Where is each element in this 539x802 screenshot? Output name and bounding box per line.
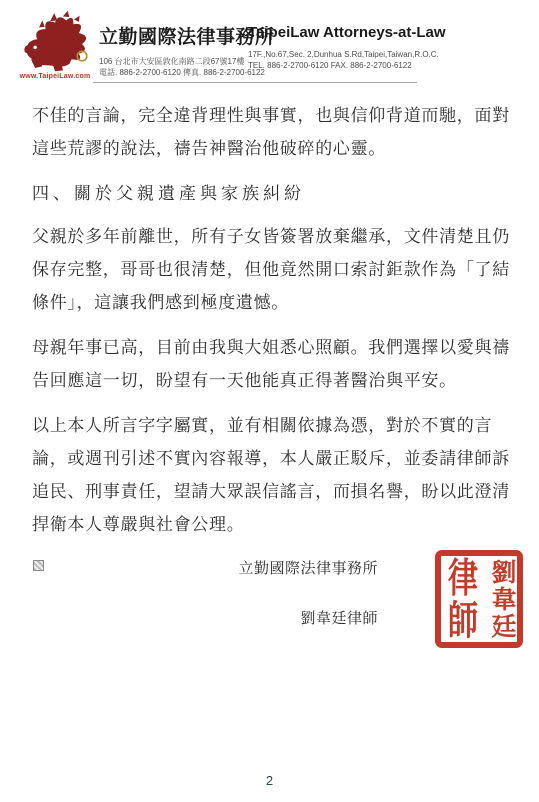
seal-text-right-column: 劉韋廷 <box>489 559 514 640</box>
signature-firm-name: 立勤國際法律事務所 <box>32 553 378 586</box>
page-number: 2 <box>0 773 539 788</box>
firm-phone-en: TEL. 886-2-2700-6120 FAX. 886-2-2700-612… <box>248 60 446 71</box>
lawyer-seal-stamp: 律師 劉韋廷 <box>435 550 523 648</box>
section-heading: 四、關於父親遺產與家族糾紛 <box>32 177 511 210</box>
seal-text-left-column: 律師 <box>444 557 474 641</box>
firm-address-en: 17F.,No.67,Sec. 2,Dunhua S.Rd,Taipei,Tai… <box>248 49 446 60</box>
paragraph-3: 母親年事已高，目前由我與大姐悉心照顧。我們選擇以愛與禱 告回應這一切，盼望有一天… <box>32 331 511 397</box>
header-divider <box>93 82 417 83</box>
firm-name-en: TaipeiLaw Attorneys-at-Law <box>248 24 446 41</box>
firm-website: www.TaipeiLaw.com <box>12 73 98 80</box>
embedded-object-icon <box>33 560 44 571</box>
foo-dog-lion-icon <box>15 10 95 72</box>
letterhead-english-block: TaipeiLaw Attorneys-at-Law 17F.,No.67,Se… <box>248 24 446 71</box>
document-page: www.TaipeiLaw.com 立勤國際法律事務所 106 台北市大安區敦化… <box>0 0 539 802</box>
paragraph-1: 不佳的言論，完全違背理性與事實，也與信仰背道而馳，面對 這些荒謬的說法，禱告神醫… <box>32 99 511 165</box>
paragraph-4: 以上本人所言字字屬實，並有相關依據為憑，對於不實的言 論，或週刊引述不實內容報導… <box>32 409 511 541</box>
signature-lawyer-name: 劉韋廷律師 <box>32 603 378 636</box>
paragraph-2: 父親於多年前離世，所有子女皆簽署放棄繼承，文件清楚且仍 保存完整，哥哥也很清楚，… <box>32 220 511 319</box>
firm-logo: www.TaipeiLaw.com <box>12 10 98 80</box>
